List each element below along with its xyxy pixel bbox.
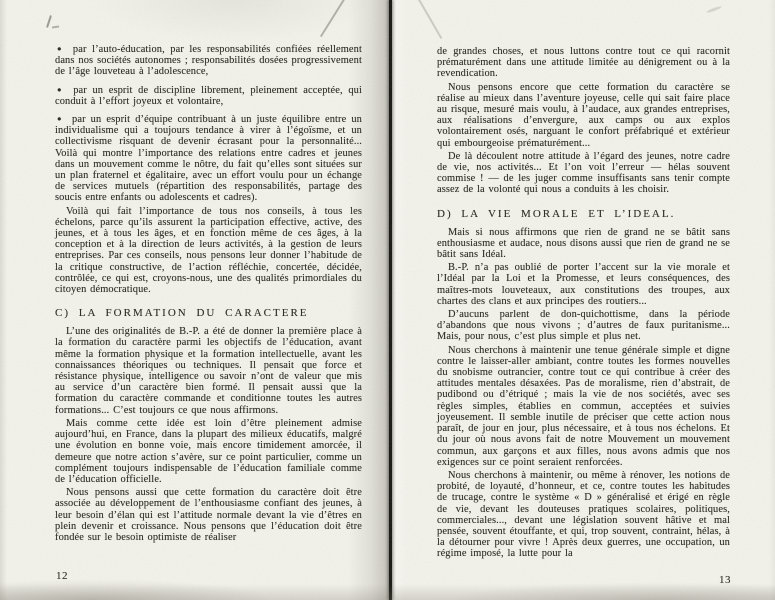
binding-highlight — [392, 0, 406, 600]
scanned-book-spread: ● par l’auto-éducation, par les responsa… — [0, 0, 775, 600]
bullet-icon: ● — [57, 85, 68, 94]
smudge-mark — [706, 5, 722, 13]
paragraph: Mais comme cette idée est loin d’être pl… — [55, 418, 362, 485]
section-heading: C) LA FORMATION DU CARACTERE — [55, 307, 362, 319]
bullet-icon: ● — [57, 44, 67, 53]
pencil-mark — [46, 15, 52, 28]
paragraph: Nous cherchons à maintenir une tenue gén… — [437, 345, 730, 468]
page-number-right: 13 — [719, 574, 731, 586]
paragraph: Mais si nous affirmons que rien de grand… — [437, 227, 730, 261]
paragraph: de grandes choses, et nous luttons contr… — [437, 46, 730, 80]
paragraph: D’aucuns parlent de don-quichottisme, da… — [437, 309, 730, 343]
paragraph: Nous pensons aussi que cette formation d… — [55, 487, 362, 543]
binding-line — [389, 0, 392, 600]
bullet-paragraph: ● par un esprit d’équipe contribuant à u… — [55, 113, 362, 204]
paragraph: Nous pensons encore que cette formation … — [437, 82, 730, 149]
section-heading: D) LA VIE MORALE ET L’IDEAL. — [437, 208, 730, 220]
paragraph: Voilà qui fait l’importance de tous nos … — [55, 206, 362, 296]
bullet-paragraph: ● par un esprit de discipline librement,… — [55, 84, 362, 107]
paragraph: B.-P. n’a pas oublié de porter l’accent … — [437, 262, 730, 307]
paragraph: L’une des originalités de B.-P. a été de… — [55, 326, 362, 416]
bullet-paragraph: ● par l’auto-éducation, par les responsa… — [55, 43, 362, 78]
bullet-icon: ● — [57, 114, 67, 123]
right-page-text-column: de grandes choses, et nous luttons contr… — [437, 46, 730, 560]
paragraph: De là découlent notre attitude à l’égard… — [437, 151, 730, 196]
page-number-left: 12 — [56, 570, 68, 582]
paragraph: Nous cherchons à maintenir, ou même à ré… — [437, 470, 730, 560]
scratch-mark — [416, 0, 442, 39]
pencil-mark — [52, 26, 59, 28]
left-page-text-column: ● par l’auto-éducation, par les responsa… — [55, 43, 362, 543]
scratch-mark — [320, 0, 346, 37]
